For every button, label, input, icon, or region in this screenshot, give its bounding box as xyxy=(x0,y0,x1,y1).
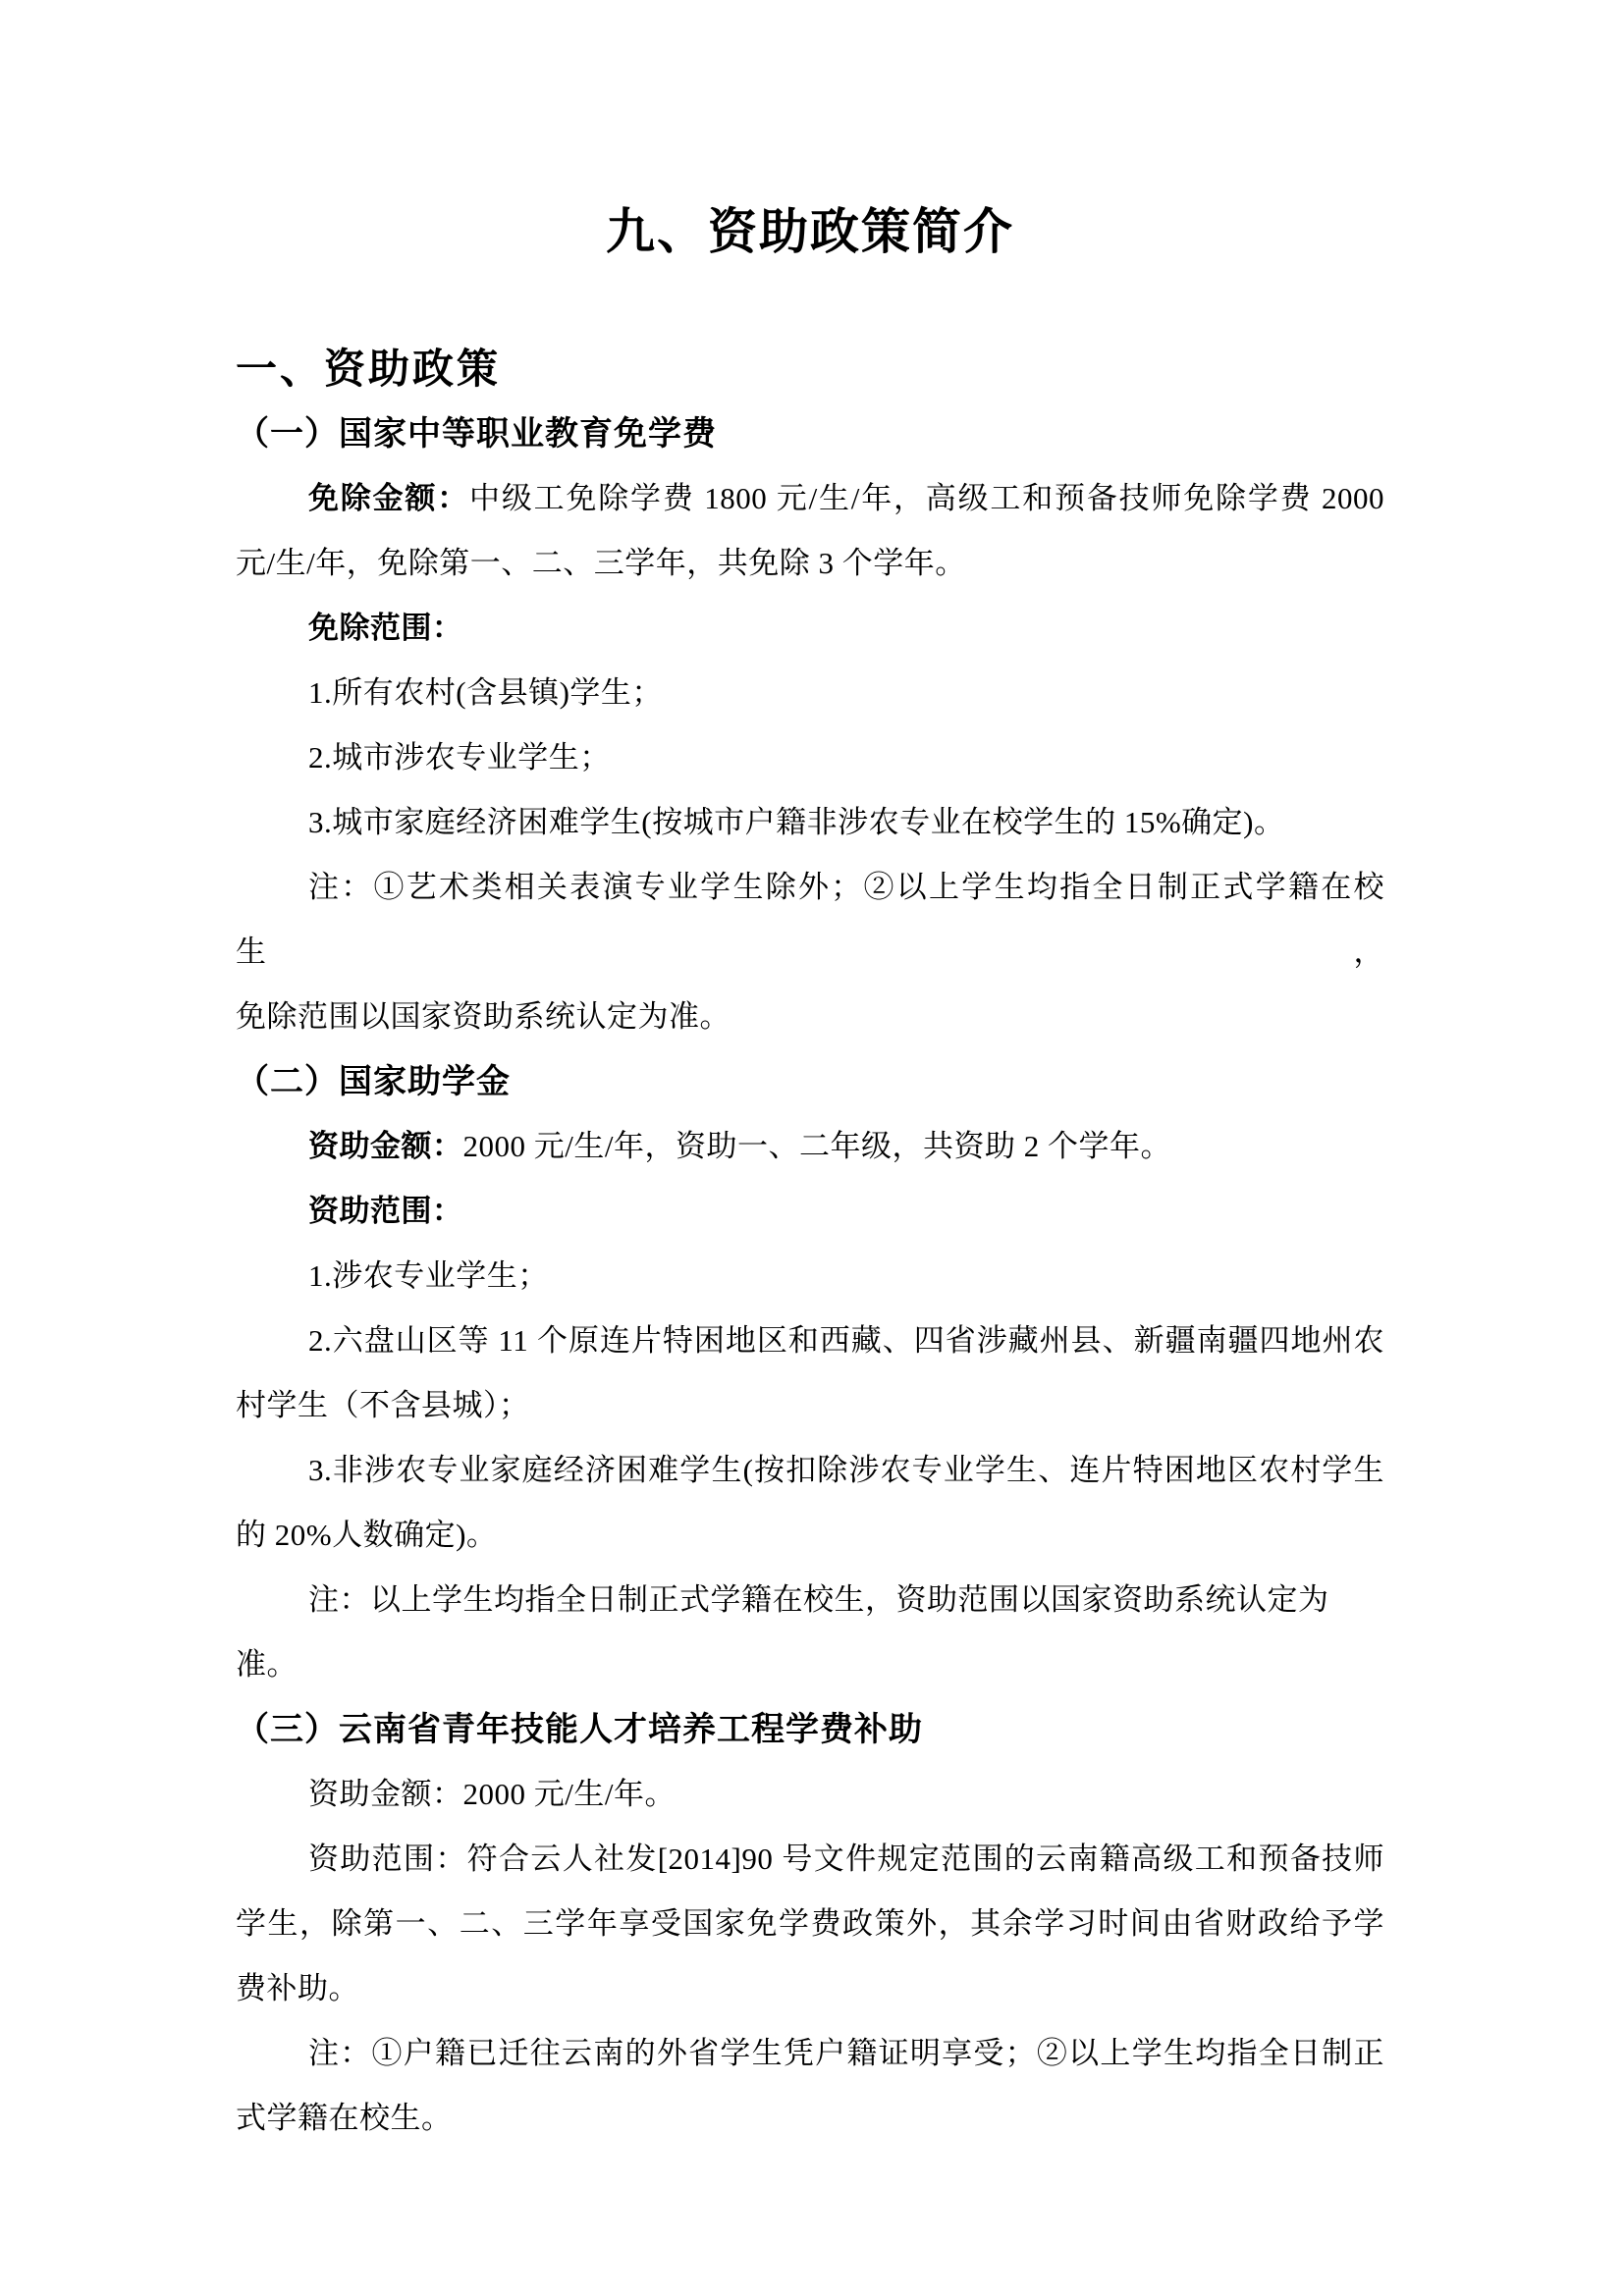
paragraph-line: 免除金额：中级工免除学费 1800 元/生/年，高级工和预备技师免除学费 200… xyxy=(236,466,1384,531)
paragraph-line: 学生，除第一、二、三学年享受国家免学费政策外，其余学习时间由省财政给予学 xyxy=(236,1892,1384,1956)
text-run: 注：以上学生均指全日制正式学籍在校生，资助范围以国家资助系统认定为准。 xyxy=(236,1582,1329,1682)
section-heading: 一、资助政策 xyxy=(236,337,1384,401)
text-run: （二）国家助学金 xyxy=(236,1063,511,1100)
text-run: 注：①艺术类相关表演专业学生除外；②以上学生均指全日制正式学籍在校生， xyxy=(236,870,1384,969)
paragraph-line: 资助范围：符合云人社发[2014]90 号文件规定范围的云南籍高级工和预备技师 xyxy=(236,1827,1384,1892)
bold-run: 资助范围： xyxy=(308,1194,463,1228)
text-run: （三）云南省青年技能人才培养工程学费补助 xyxy=(236,1711,923,1748)
paragraph-line: 资助范围： xyxy=(236,1179,1384,1244)
bold-run: 免除金额： xyxy=(308,481,469,515)
text-run: 2.城市涉农专业学生； xyxy=(308,740,611,774)
text-run: 式学籍在校生。 xyxy=(236,2101,453,2135)
paragraph-line: 注：①户籍已迁往云南的外省学生凭户籍证明享受；②以上学生均指全日制正 xyxy=(236,2021,1384,2086)
paragraph-line: 元/生/年，免除第一、二、三学年，共免除 3 个学年。 xyxy=(236,531,1384,596)
document-content: 九、资助政策简介 一、资助政策（一）国家中等职业教育免学费免除金额：中级工免除学… xyxy=(0,0,1624,2151)
text-run: 1.涉农专业学生； xyxy=(308,1258,549,1293)
text-run: 学生，除第一、二、三学年享受国家免学费政策外，其余学习时间由省财政给予学 xyxy=(236,1906,1384,1941)
text-run: 注：①户籍已迁往云南的外省学生凭户籍证明享受；②以上学生均指全日制正 xyxy=(308,2036,1384,2070)
text-run: 的 20%人数确定)。 xyxy=(236,1518,497,1552)
text-run: 资助金额：2000 元/生/年。 xyxy=(308,1777,676,1811)
text-run: 3.城市家庭经济困难学生(按城市户籍非涉农专业在校学生的 15%确定)。 xyxy=(308,805,1284,839)
text-run: 免除范围以国家资助系统认定为准。 xyxy=(236,999,731,1034)
text-run: 一、资助政策 xyxy=(236,346,501,392)
page-title: 九、资助政策简介 xyxy=(236,199,1384,264)
subsection-heading: （二）国家助学金 xyxy=(236,1049,1384,1114)
text-run: （一）国家中等职业教育免学费 xyxy=(236,415,717,453)
text-run: 3.非涉农专业家庭经济困难学生(按扣除涉农专业学生、连片特困地区农村学生 xyxy=(308,1453,1384,1487)
paragraph-line: 费补助。 xyxy=(236,1956,1384,2021)
text-run: 2.六盘山区等 11 个原连片特困地区和西藏、四省涉藏州县、新疆南疆四地州农 xyxy=(308,1323,1384,1358)
paragraph-line: 3.非涉农专业家庭经济困难学生(按扣除涉农专业学生、连片特困地区农村学生 xyxy=(236,1438,1384,1503)
document-lines: 一、资助政策（一）国家中等职业教育免学费免除金额：中级工免除学费 1800 元/… xyxy=(236,337,1384,2151)
paragraph-line: 式学籍在校生。 xyxy=(236,2086,1384,2151)
paragraph-line: 资助金额：2000 元/生/年，资助一、二年级，共资助 2 个学年。 xyxy=(236,1114,1384,1179)
paragraph-line: 1.所有农村(含县镇)学生； xyxy=(236,661,1384,725)
document-page: 九、资助政策简介 一、资助政策（一）国家中等职业教育免学费免除金额：中级工免除学… xyxy=(0,0,1624,2296)
paragraph-line: 2.城市涉农专业学生； xyxy=(236,725,1384,790)
text-run: 元/生/年，免除第一、二、三学年，共免除 3 个学年。 xyxy=(236,546,966,580)
paragraph-line: 2.六盘山区等 11 个原连片特困地区和西藏、四省涉藏州县、新疆南疆四地州农 xyxy=(236,1308,1384,1373)
paragraph-line: 的 20%人数确定)。 xyxy=(236,1503,1384,1568)
paragraph-line: 注：以上学生均指全日制正式学籍在校生，资助范围以国家资助系统认定为准。 xyxy=(236,1568,1384,1697)
text-run: 村学生（不含县城）； xyxy=(236,1388,530,1422)
bold-run: 免除范围： xyxy=(308,611,463,645)
text-run: 中级工免除学费 1800 元/生/年，高级工和预备技师免除学费 2000 xyxy=(469,481,1384,515)
paragraph-line: 免除范围： xyxy=(236,596,1384,661)
bold-run: 资助金额： xyxy=(308,1129,463,1163)
text-run: 2000 元/生/年，资助一、二年级，共资助 2 个学年。 xyxy=(463,1129,1171,1163)
paragraph-line: 1.涉农专业学生； xyxy=(236,1244,1384,1308)
subsection-heading: （三）云南省青年技能人才培养工程学费补助 xyxy=(236,1697,1384,1762)
text-run: 1.所有农村(含县镇)学生； xyxy=(308,675,663,710)
subsection-heading: （一）国家中等职业教育免学费 xyxy=(236,401,1384,466)
paragraph-line: 免除范围以国家资助系统认定为准。 xyxy=(236,985,1384,1049)
text-run: 资助范围：符合云人社发[2014]90 号文件规定范围的云南籍高级工和预备技师 xyxy=(308,1842,1384,1876)
paragraph-line: 资助金额：2000 元/生/年。 xyxy=(236,1762,1384,1827)
paragraph-line: 村学生（不含县城）； xyxy=(236,1373,1384,1438)
text-run: 费补助。 xyxy=(236,1971,359,2005)
paragraph-line: 注：①艺术类相关表演专业学生除外；②以上学生均指全日制正式学籍在校生， xyxy=(236,855,1384,985)
paragraph-line: 3.城市家庭经济困难学生(按城市户籍非涉农专业在校学生的 15%确定)。 xyxy=(236,790,1384,855)
